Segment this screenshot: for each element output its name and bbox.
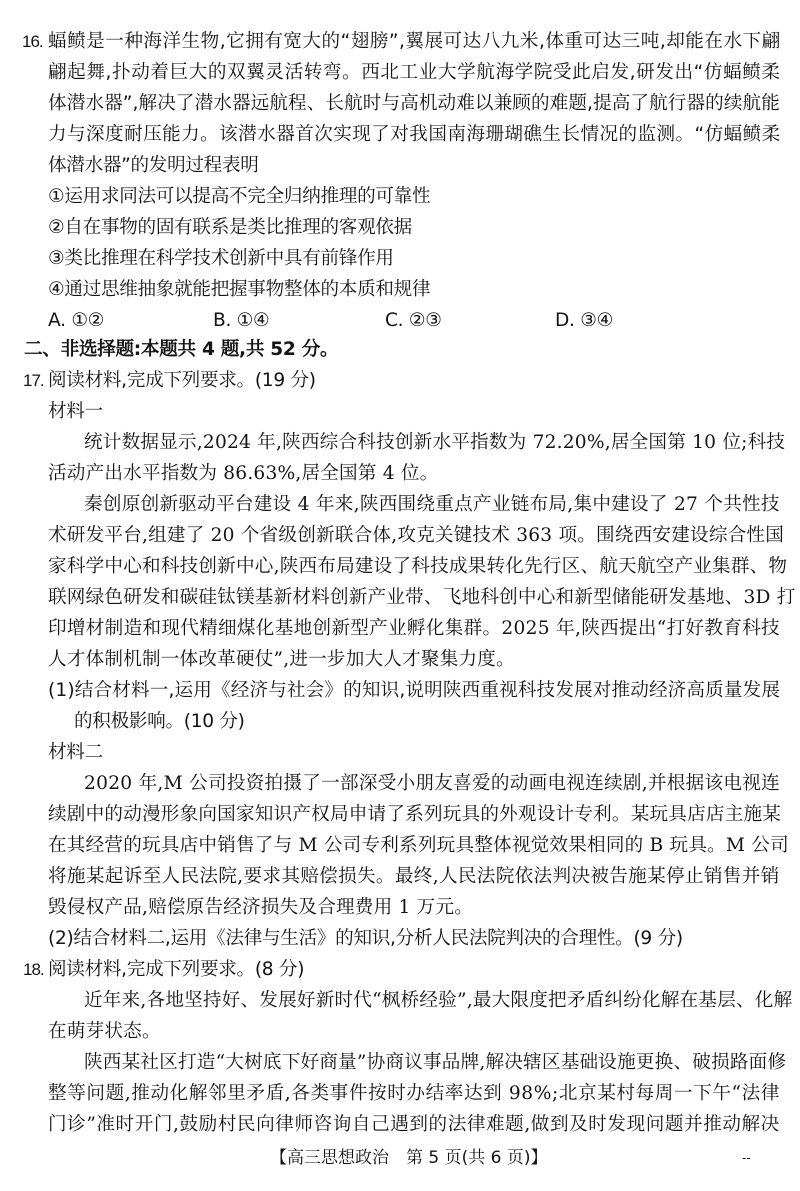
question-number: 18. bbox=[23, 954, 44, 985]
question-16-line-5: 体潜水器”的发明过程表明 bbox=[0, 150, 800, 181]
material-2-line-4: 将施某起诉至人民法院,要求其赔偿损失。最终,人民法院依法判决被告施某停止销售并销 bbox=[0, 861, 800, 892]
statement-1: ①运用求同法可以提高不完全归纳推理的可靠性 bbox=[0, 181, 800, 212]
question-text: 蝠鲼是一种海洋生物,它拥有宽大的“翅膀”,翼展可达八九米,体重可达三吨,却能在水… bbox=[48, 26, 780, 57]
question-17-heading: 17. 阅读材料,完成下列要求。(19 分) bbox=[0, 365, 800, 396]
sub-question-2: (2)结合材料二,运用《法律与生活》的知识,分析人民法院判决的合理性。(9 分) bbox=[0, 923, 800, 954]
material-1-line-3: 秦创原创新驱动平台建设 4 年来,陕西围绕重点产业链布局,集中建设了 27 个共… bbox=[0, 489, 800, 520]
question-number: 17. bbox=[23, 365, 44, 396]
material-1-line-5: 家科学中心和科技创新中心,陕西布局建设了科技成果转化先行区、航天航空产业集群、物 bbox=[0, 551, 800, 582]
sub-question-1-line-2: 的积极影响。(10 分) bbox=[0, 706, 800, 737]
question-18-line-5: 门诊”准时开门,鼓励村民向律师咨询自己遇到的法律难题,做到及时发现问题并推动解决 bbox=[0, 1109, 800, 1140]
question-text: 力与深度耐压能力。该潜水器首次实现了对我国南海珊瑚礁生长情况的监测。“仿蝠鲼柔 bbox=[48, 119, 780, 150]
footer-page-label: 【高三思想政治 第 5 页(共 6 页)】 bbox=[270, 1143, 548, 1173]
material-2-line-2: 续剧中的动漫形象向国家知识产权局申请了系列玩具的外观设计专利。某玩具店店主施某 bbox=[0, 799, 800, 830]
material-2-line-1: 2020 年,M 公司投资拍摄了一部深受小朋友喜爱的动画电视连续剧,并根据该电视… bbox=[0, 768, 800, 799]
sub-question-1-line-1: (1)结合材料一,运用《经济与社会》的知识,说明陕西重视科技发展对推动经济高质量… bbox=[0, 675, 800, 706]
question-text: 翩起舞,扑动着巨大的双翼灵活转弯。西北工业大学航海学院受此启发,研发出“仿蝠鲼柔 bbox=[48, 57, 780, 88]
question-16-line-2: 翩起舞,扑动着巨大的双翼灵活转弯。西北工业大学航海学院受此启发,研发出“仿蝠鲼柔 bbox=[0, 57, 800, 88]
question-18-line-1: 近年来,各地坚持好、发展好新时代“枫桥经验”,最大限度把矛盾纠纷化解在基层、化解 bbox=[0, 985, 800, 1016]
section-2-title: 二、非选择题:本题共 4 题,共 52 分。 bbox=[0, 334, 800, 365]
statement-2: ②自在事物的固有联系是类比推理的客观依据 bbox=[0, 212, 800, 243]
material-2-label: 材料二 bbox=[0, 737, 800, 768]
material-1-line-2: 活动产出水平指数为 86.63%,居全国第 4 位。 bbox=[0, 458, 800, 489]
material-1-line-8: 人才体制机制一体改革硬仗”,进一步加大人才聚集力度。 bbox=[0, 644, 800, 675]
option-a[interactable]: A. ①② bbox=[48, 305, 104, 336]
exam-page: 16. 蝠鲼是一种海洋生物,它拥有宽大的“翅膀”,翼展可达八九米,体重可达三吨,… bbox=[0, 0, 800, 1191]
material-1-line-7: 印增材制造和现代精细煤化基地创新型产业孵化集群。2025 年,陕西提出“打好教育… bbox=[0, 613, 800, 644]
option-d[interactable]: D. ③④ bbox=[555, 305, 613, 336]
question-18-heading: 18. 阅读材料,完成下列要求。(8 分) bbox=[0, 954, 800, 985]
question-16-line-4: 力与深度耐压能力。该潜水器首次实现了对我国南海珊瑚礁生长情况的监测。“仿蝠鲼柔 bbox=[0, 119, 800, 150]
question-text: 体潜水器”,解决了潜水器远航程、长航时与高机动难以兼顾的难题,提高了航行器的续航… bbox=[48, 88, 780, 119]
material-2-line-3: 在其经营的玩具店中销售了与 M 公司专利系列玩具整体视觉效果相同的 B 玩具。M… bbox=[0, 830, 800, 861]
question-heading: 阅读材料,完成下列要求。(19 分) bbox=[48, 365, 316, 396]
statement-3: ③类比推理在科学技术创新中具有前锋作用 bbox=[0, 243, 800, 274]
material-1-line-1: 统计数据显示,2024 年,陕西综合科技创新水平指数为 72.20%,居全国第 … bbox=[0, 427, 800, 458]
question-text: 体潜水器”的发明过程表明 bbox=[48, 150, 259, 181]
question-number: 16. bbox=[22, 26, 43, 57]
answer-options: A. ①② B. ①④ C. ②③ D. ③④ bbox=[0, 305, 800, 336]
question-16-line-3: 体潜水器”,解决了潜水器远航程、长航时与高机动难以兼顾的难题,提高了航行器的续航… bbox=[0, 88, 800, 119]
question-18-line-2: 在萌芽状态。 bbox=[0, 1016, 800, 1047]
page-footer: 【高三思想政治 第 5 页(共 6 页)】 -- bbox=[0, 1143, 800, 1173]
question-18-line-3: 陕西某社区打造“大树底下好商量”协商议事品牌,解决辖区基础设施更换、破损路面修 bbox=[0, 1047, 800, 1078]
question-18-line-4: 整等问题,推动化解邻里矛盾,各类事件按时办结率达到 98%;北京某村每周一下午“… bbox=[0, 1078, 800, 1109]
question-heading: 阅读材料,完成下列要求。(8 分) bbox=[48, 954, 304, 985]
material-1-line-6: 联网绿色研发和碳硅钛镁基新材料创新产业带、飞地科创中心和新型储能研发基地、3D … bbox=[0, 582, 800, 613]
statement-4: ④通过思维抽象就能把握事物整体的本质和规律 bbox=[0, 274, 800, 305]
material-2-line-5: 毁侵权产品,赔偿原告经济损失及合理费用 1 万元。 bbox=[0, 892, 800, 923]
material-1-line-4: 术研发平台,组建了 20 个省级创新联合体,攻克关键技术 363 项。围绕西安建… bbox=[0, 520, 800, 551]
option-c[interactable]: C. ②③ bbox=[385, 305, 442, 336]
material-1-label: 材料一 bbox=[0, 396, 800, 427]
option-b[interactable]: B. ①④ bbox=[213, 305, 269, 336]
question-16-line-1: 16. 蝠鲼是一种海洋生物,它拥有宽大的“翅膀”,翼展可达八九米,体重可达三吨,… bbox=[0, 26, 800, 57]
footer-mark: -- bbox=[742, 1143, 751, 1173]
